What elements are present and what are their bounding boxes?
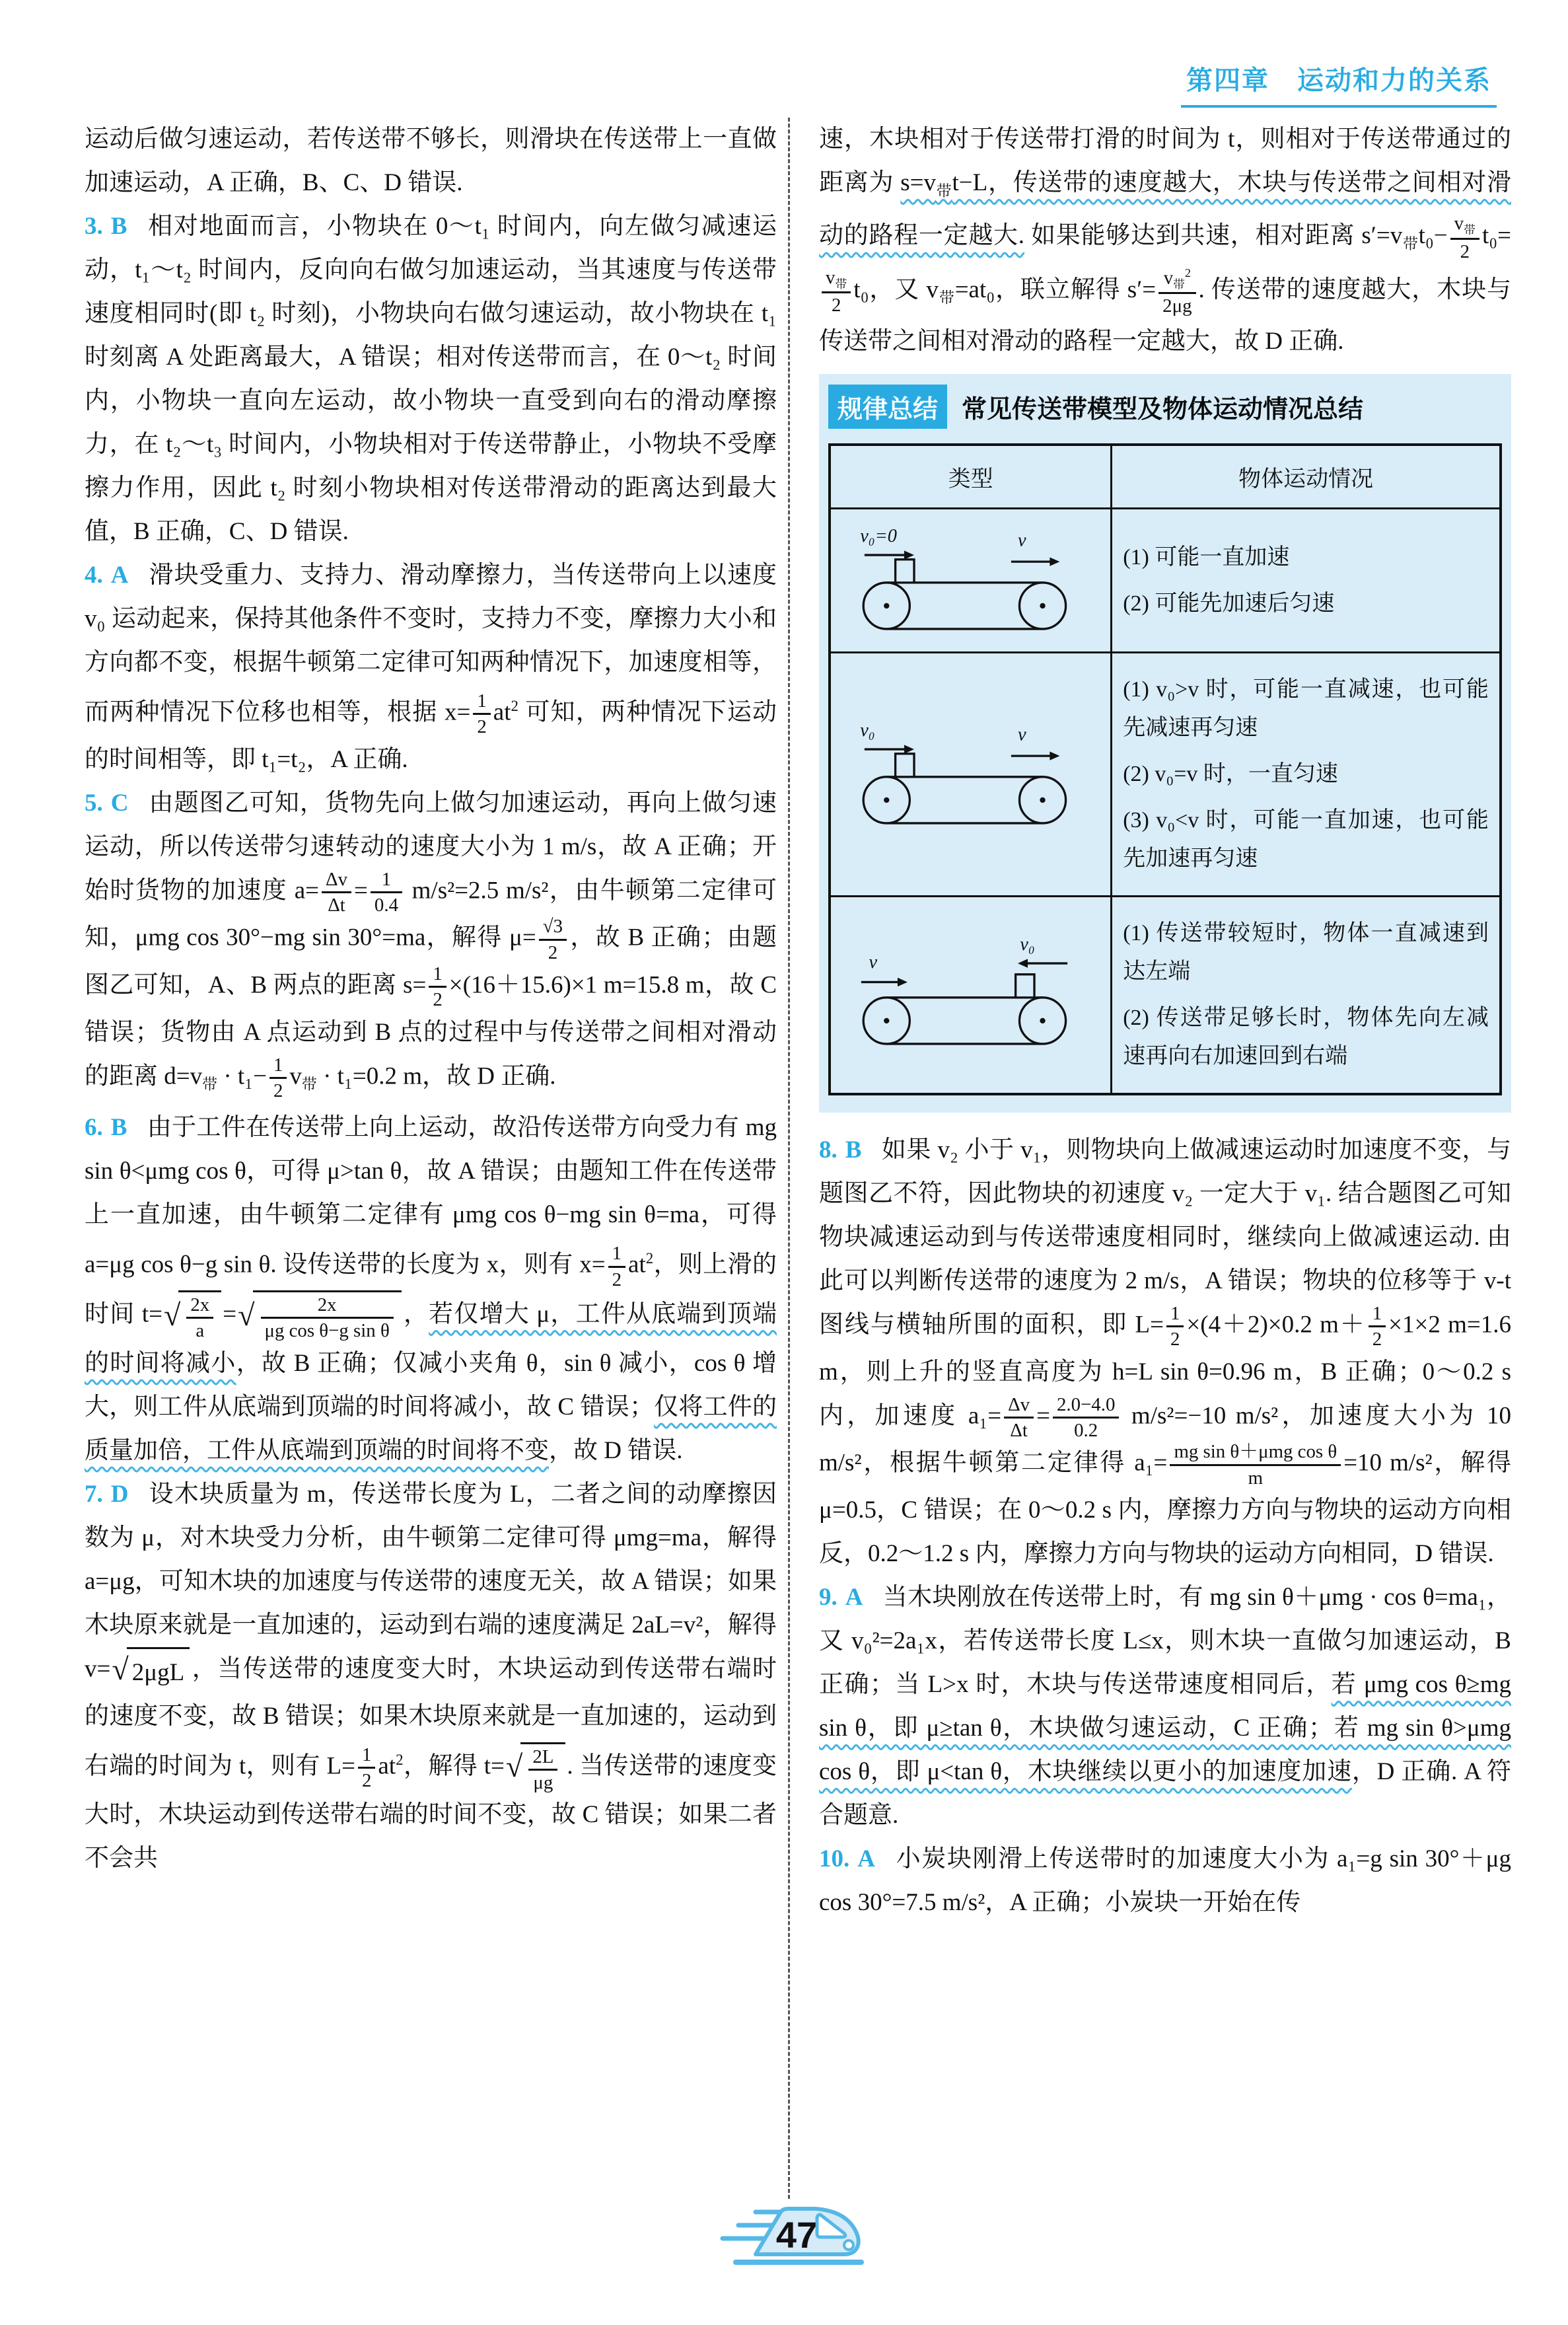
fraction-denominator: 0.4 (371, 893, 402, 916)
fraction-numerator: 1 (608, 1243, 625, 1267)
fraction-denominator: μg cos θ−g sin θ (261, 1319, 394, 1341)
motion-description-cell: (1) 可能一直加速(2) 可能先加速后匀速 (1112, 509, 1501, 653)
page-number: 47 (776, 2214, 817, 2256)
conveyor-belt-diagram: v₀v (852, 713, 1090, 833)
fraction-denominator: 0.2 (1053, 1419, 1119, 1441)
fraction-denominator: 2 (1166, 1327, 1184, 1350)
fraction-numerator: 1 (473, 690, 490, 715)
fraction-numerator: 2x (261, 1294, 394, 1319)
square-root: √2xμg cos θ−g sin θ (238, 1290, 402, 1342)
fraction-denominator: 2 (269, 1079, 287, 1101)
solution-continuation: 速，木块相对于传送带打滑的时间为 t，则相对于传送带通过的距离为 s=v带t−L… (819, 118, 1511, 363)
fraction-denominator: 2 (429, 988, 446, 1010)
fraction-denominator: Δt (322, 893, 351, 916)
radicand: 2xμg cos θ−g sin θ (253, 1290, 402, 1342)
subscript: 带 (835, 277, 847, 290)
fraction-denominator: 2μg (1158, 294, 1195, 316)
solution-continuation: 运动后做匀速运动，若传送带不够长，则滑块在传送带上一直做加速运动，A 正确，B、… (85, 118, 777, 205)
superscript: 2 (511, 698, 518, 714)
subscript: 带 (939, 289, 955, 306)
fraction: v带2 (822, 267, 851, 316)
svg-text:v₀=0: v₀=0 (860, 526, 897, 546)
fraction-numerator: 1 (371, 869, 402, 893)
model-table-row: vv₀ (1) 传送带较短时，物体一直减速到达左端(2) 传送带足够长时，物体先… (830, 897, 1501, 1095)
fraction-numerator: 1 (358, 1744, 375, 1769)
fraction-numerator: 2.0−4.0 (1053, 1394, 1119, 1419)
question-number: 4. (85, 562, 103, 589)
fraction: 2xa (186, 1294, 213, 1342)
question-number: 9. (819, 1584, 837, 1611)
fraction-numerator: mg sin θ＋μmg cos θ (1170, 1441, 1341, 1465)
fraction: 12 (269, 1054, 287, 1102)
fraction: √32 (539, 916, 567, 963)
fraction-denominator: 2 (473, 715, 490, 737)
motion-description-cell: (1) v₀>v 时，可能一直减速，也可能先减速再匀速(2) v₀=v 时，一直… (1112, 653, 1501, 897)
fraction-numerator: Δv (322, 869, 351, 893)
solution-item: 4.A滑块受重力、支持力、滑动摩擦力，当传送带向上以速度 v₀ 运动起来，保持其… (85, 554, 777, 782)
answer-letter: B (111, 213, 127, 240)
radicand: 2μgL (127, 1647, 190, 1695)
solution-item: 10.A小炭块刚滑上传送带时的加速度大小为 a₁=g sin 30°＋μg co… (819, 1837, 1511, 1925)
question-number: 8. (819, 1136, 837, 1163)
fraction: 12 (429, 963, 446, 1011)
page-number-badge: 47 (715, 2200, 880, 2270)
subscript: 带 (1402, 236, 1418, 252)
superscript: 2 (1185, 266, 1191, 279)
right-column-top: 速，木块相对于传送带打滑的时间为 t，则相对于传送带通过的距离为 s=v带t−L… (819, 118, 1511, 363)
motion-item: (2) 传送带足够长时，物体先向左减速再向右加速回到右端 (1123, 999, 1489, 1076)
fraction: v带2 (1450, 213, 1479, 262)
table-header-motion: 物体运动情况 (1112, 445, 1501, 509)
svg-text:v: v (1018, 531, 1026, 551)
fraction-denominator: Δt (1004, 1419, 1034, 1441)
fraction: 2Lμg (528, 1746, 557, 1794)
svg-text:v₀: v₀ (1020, 934, 1034, 955)
motion-item: (1) 可能一直加速 (1123, 538, 1489, 577)
solution-item: 7.D设木块质量为 m，传送带长度为 L，二者之间的动摩擦因数为 μ，对木块受力… (85, 1473, 777, 1881)
fraction: 12 (473, 690, 490, 738)
chapter-header: 第四章 运动和力的关系 (1181, 59, 1497, 108)
fraction-numerator: v带 (1450, 213, 1479, 240)
model-table-row: v₀v (1) v₀>v 时，可能一直减速，也可能先减速再匀速(2) v₀=v … (830, 653, 1501, 897)
left-column: 运动后做匀速运动，若传送带不够长，则滑块在传送带上一直做加速运动，A 正确，B、… (85, 118, 777, 1880)
answer-letter: D (111, 1481, 129, 1508)
summary-badge: 规律总结 (828, 385, 947, 429)
answer-letter: A (857, 1845, 875, 1872)
fraction: 2.0−4.00.2 (1053, 1394, 1119, 1442)
fraction-numerator: Δv (1004, 1394, 1034, 1419)
fraction-denominator: 2 (822, 293, 851, 316)
square-root: √2μgL (112, 1647, 190, 1695)
fraction-numerator: 1 (269, 1054, 287, 1079)
subscript: 带 (1464, 223, 1476, 237)
summary-header: 规律总结 常见传送带模型及物体运动情况总结 (828, 385, 1502, 429)
right-column-bottom: 8.B如果 v₂ 小于 v₁，则物块向上做减速运动时加速度不变，与题图乙不符，因… (819, 1128, 1511, 1925)
right-column: 速，木块相对于传送带打滑的时间为 t，则相对于传送带通过的距离为 s=v带t−L… (819, 118, 1511, 1925)
answer-letter: C (111, 790, 129, 817)
fraction: 12 (358, 1744, 375, 1792)
subscript: 带 (936, 182, 952, 199)
motion-item: (2) 可能先加速后匀速 (1123, 585, 1489, 623)
motion-description-cell: (1) 传送带较短时，物体一直减速到达左端(2) 传送带足够长时，物体先向左减速… (1112, 897, 1501, 1095)
radicand: 2xa (178, 1290, 221, 1342)
superscript: 2 (646, 1250, 653, 1267)
solution-item: 6.B由于工件在传送带上向上运动，故沿传送带方向受力有 mg sin θ<μmg… (85, 1106, 777, 1472)
fraction-denominator: 2 (358, 1769, 375, 1791)
fraction: 12 (1166, 1303, 1184, 1350)
solution-item: 5.C由题图乙可知，货物先向上做匀加速运动，再向上做匀速运动，所以传送带匀速转动… (85, 782, 777, 1107)
textbook-answer-page: 第四章 运动和力的关系 运动后做匀速运动，若传送带不够长，则滑块在传送带上一直做… (0, 0, 1568, 2325)
fraction-denominator: 2 (608, 1268, 625, 1290)
model-type-cell: v₀=0v (830, 509, 1112, 653)
subscript: 带 (1173, 277, 1185, 291)
svg-text:v: v (869, 951, 877, 972)
answer-letter: B (111, 1114, 127, 1141)
fraction-denominator: a (186, 1319, 213, 1341)
fraction-denominator: m (1170, 1466, 1341, 1489)
fraction-numerator: v带 (822, 267, 851, 294)
fraction-numerator: 1 (1166, 1303, 1184, 1327)
answer-letter: A (845, 1584, 863, 1611)
motion-item: (3) v₀<v 时，可能一直加速，也可能先加速再匀速 (1123, 801, 1489, 878)
solution-item: 9.A当木块刚放在传送带上时，有 mg sin θ＋μmg · cos θ=ma… (819, 1576, 1511, 1837)
fraction: ΔvΔt (1004, 1394, 1034, 1442)
conveyor-belt-diagram: vv₀ (852, 934, 1090, 1054)
fraction: v带22μg (1158, 266, 1195, 317)
fraction: mg sin θ＋μmg cos θm (1170, 1441, 1341, 1489)
question-number: 6. (85, 1114, 103, 1141)
subscript: 带 (302, 1076, 317, 1092)
square-root: √2Lμg (506, 1742, 565, 1794)
answer-letter: A (111, 562, 129, 589)
column-divider (788, 118, 790, 2199)
square-root: √2xa (164, 1290, 221, 1342)
conveyor-model-table: 类型 物体运动情况 v₀=0v (1) 可能一直加速(2) 可能先加速后匀速 v… (828, 443, 1502, 1095)
subscript: 带 (202, 1076, 217, 1092)
summary-box: 规律总结 常见传送带模型及物体运动情况总结 类型 物体运动情况 v₀=0v (1… (819, 374, 1511, 1113)
fraction-numerator: v带2 (1158, 266, 1195, 294)
question-number: 3. (85, 213, 103, 240)
fraction-denominator: 2 (1450, 240, 1479, 262)
question-number: 7. (85, 1481, 103, 1508)
fraction-numerator: 2x (186, 1294, 213, 1319)
train-icon: 47 (715, 2200, 880, 2266)
answer-letter: B (845, 1136, 862, 1163)
fraction-numerator: 2L (528, 1746, 557, 1771)
fraction: 10.4 (371, 869, 402, 916)
model-table-row: v₀=0v (1) 可能一直加速(2) 可能先加速后匀速 (830, 509, 1501, 653)
motion-item: (1) v₀>v 时，可能一直减速，也可能先减速再匀速 (1123, 671, 1489, 747)
svg-text:v₀: v₀ (860, 720, 874, 741)
solution-item: 8.B如果 v₂ 小于 v₁，则物块向上做减速运动时加速度不变，与题图乙不符，因… (819, 1128, 1511, 1576)
radicand: 2Lμg (520, 1742, 565, 1794)
motion-item: (1) 传送带较短时，物体一直减速到达左端 (1123, 914, 1489, 991)
fraction-numerator: √3 (539, 916, 567, 940)
fraction: 12 (608, 1243, 625, 1290)
superscript: 2 (396, 1752, 403, 1768)
table-header-type: 类型 (830, 445, 1112, 509)
motion-item: (2) v₀=v 时，一直匀速 (1123, 755, 1489, 793)
fraction-numerator: 1 (1369, 1303, 1386, 1327)
model-type-cell: v₀v (830, 653, 1112, 897)
table-header-row: 类型 物体运动情况 (830, 445, 1501, 509)
fraction-numerator: 1 (429, 963, 446, 988)
solution-item: 3.B相对地面而言，小物块在 0～t₁ 时间内，向左做匀减速运动，t₁～t₂ 时… (85, 205, 777, 554)
fraction-denominator: 2 (539, 941, 567, 963)
fraction-denominator: μg (528, 1771, 557, 1793)
svg-text:v: v (1018, 724, 1026, 745)
model-type-cell: vv₀ (830, 897, 1112, 1095)
summary-title: 常见传送带模型及物体运动情况总结 (962, 388, 1363, 425)
conveyor-belt-diagram: v₀=0v (852, 519, 1090, 639)
fraction: 2xμg cos θ−g sin θ (261, 1294, 394, 1342)
fraction-denominator: 2 (1369, 1327, 1386, 1350)
question-number: 10. (819, 1845, 849, 1872)
fraction: ΔvΔt (322, 869, 351, 916)
question-number: 5. (85, 790, 103, 817)
fraction: 12 (1369, 1303, 1386, 1350)
wavy-underline-text: 仅将工件的质量加倍，工件从底端到顶端的时间将不变 (85, 1393, 777, 1464)
